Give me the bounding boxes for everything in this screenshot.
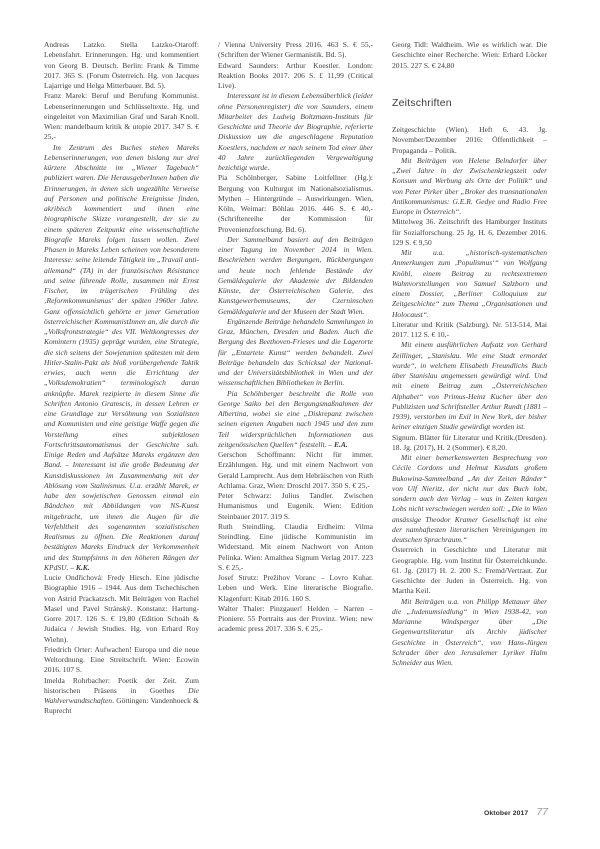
review-signum: Mit einer bemerkenswerten Besprechung vo… xyxy=(392,453,547,545)
bib-entry-steindling: Ruth Steindling, Claudia Erdheim: Vilma … xyxy=(218,522,373,573)
review-schoelnberger-2: Ergänzende Beiträge behandeln Sammlungen… xyxy=(218,317,373,389)
bib-entry-schwarz: Peter Schwarz: Julius Tandler. Zwischen … xyxy=(218,491,373,522)
review-saunders: Interessant ist in diesem Lebensüberblic… xyxy=(218,91,373,173)
review-oegl: Mit Beiträgen u.a. von Philipp Mettauer … xyxy=(392,597,547,669)
reviewer-initials: K.K. xyxy=(76,563,90,572)
bib-entry-strutz: Josef Strutz: Prežihov Voranc – Lovro Ku… xyxy=(218,573,373,604)
bib-entry-orter: Friedrich Orter: Aufwachen! Europa und d… xyxy=(44,645,199,676)
section-heading-zeitschriften: Zeitschriften xyxy=(392,71,547,125)
column-2: / Vienna University Press 2016. 463 S. €… xyxy=(218,40,373,717)
review-zeitgeschichte: Mit Beiträgen von Helene Belndorfer über… xyxy=(392,156,547,218)
review-schoelnberger-1: Der Sammelband basiert auf den Beiträgen… xyxy=(218,235,373,317)
footer-page-number: 77 xyxy=(536,806,548,818)
text-columns: Andreas Latzko. Stella Latzko-Otaroff: L… xyxy=(44,40,547,717)
column-1: Andreas Latzko. Stella Latzko-Otaroff: L… xyxy=(44,40,199,717)
column-3: Georg Tidl: Waldheim. Wie es wirklich wa… xyxy=(392,40,547,717)
review-mittelweg: Mit u.a. „historisch-systematischen Anme… xyxy=(392,248,547,320)
bib-entry-rohrbacher: Imelda Rohrbacher: Poetik der Zeit. Zum … xyxy=(44,676,199,717)
footer-issue-date: Oktober 2017 xyxy=(484,810,528,817)
review-schoelnberger-3: Pia Schölnberger beschreibt die Rolle vo… xyxy=(218,389,373,451)
journal-entry-signum: Signum. Blätter für Literatur und Kritik… xyxy=(392,433,547,454)
page-footer: Oktober 2017 77 xyxy=(484,806,548,818)
journal-entry-literatur-und-kritik: Literatur und Kritik (Salzburg). Nr. 513… xyxy=(392,320,547,341)
bib-entry-schoelnberger: Pia Schölnberger, Sabine Loitfellner (Hg… xyxy=(218,173,373,235)
review-literatur-und-kritik: Mit einem ausführlichen Aufsatz von Gerh… xyxy=(392,340,547,432)
review-marek: Im Zentrum des Buches stehen Mareks Lebe… xyxy=(44,143,199,574)
bib-entry-rohrbacher-continuation: / Vienna University Press 2016. 463 S. €… xyxy=(218,40,373,61)
bib-entry-thaler: Walter Thaler: Pinzgauer! Helden – Narre… xyxy=(218,604,373,635)
bib-entry-saunders: Edward Saunders: Arthur Koestler. London… xyxy=(218,61,373,92)
review-marek-text: Im Zentrum des Buches stehen Mareks Lebe… xyxy=(44,143,199,572)
bib-entry-tidl: Georg Tidl: Waldheim. Wie es wirklich wa… xyxy=(392,40,547,71)
journal-entry-mittelweg: Mittelweg 36. Zeitschrift des Hamburger … xyxy=(392,217,547,248)
journal-review-page: Andreas Latzko. Stella Latzko-Otaroff: L… xyxy=(0,0,600,849)
journal-entry-oegl: Österreich in Geschichte und Literatur m… xyxy=(392,545,547,596)
bib-entry-latzko: Andreas Latzko. Stella Latzko-Otaroff: L… xyxy=(44,40,199,91)
bib-entry-schoffmann: Gerschon Schoffmann: Nicht für immer. Er… xyxy=(218,450,373,491)
review-schoelnberger-3-text: Pia Schölnberger beschreibt die Rolle vo… xyxy=(218,389,373,449)
bib-entry-marek: Franz Marek: Beruf und Berufung Kommunis… xyxy=(44,91,199,142)
bib-entry-ondrichova: Lucie Ondřichová: Fredy Hirsch. Eine jüd… xyxy=(44,573,199,645)
bib-entry-rohrbacher-pre: Imelda Rohrbacher: Poetik der Zeit. Zum … xyxy=(44,676,199,695)
journal-entry-zeitgeschichte: Zeitgeschichte (Wien). Heft 6. 43. Jg. N… xyxy=(392,125,547,156)
reviewer-initials: E.A. xyxy=(334,440,348,449)
